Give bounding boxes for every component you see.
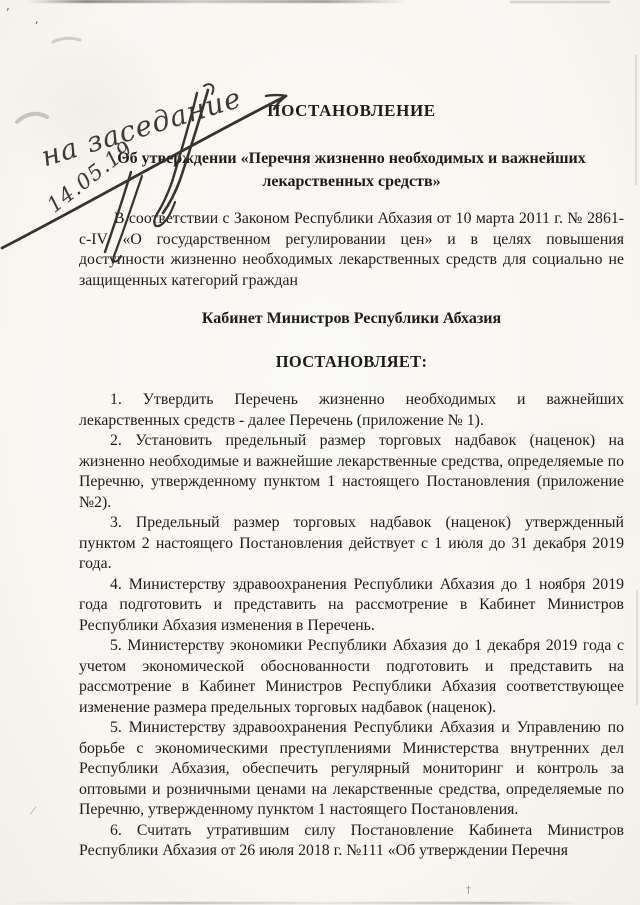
resolution-item-5a: 5. Министерству экономики Республики Абх… bbox=[79, 636, 624, 718]
preamble-paragraph: В соответствии с Законом Республики Абха… bbox=[79, 209, 624, 291]
stray-ink-mark: ’ bbox=[6, 8, 10, 18]
stray-ink-mark: , bbox=[35, 15, 39, 25]
resolution-document: ПОСТАНОВЛЕНИЕ Об утверждении «Перечня жи… bbox=[79, 101, 624, 862]
pencil-smudge bbox=[53, 38, 80, 42]
resolution-items: 1. Утвердить Перечень жизненно необходим… bbox=[79, 390, 624, 862]
scan-smudge-top bbox=[28, 0, 408, 3]
resolution-item-2: 2. Установить предельный размер торговых… bbox=[79, 431, 624, 513]
scan-smudge-top-right bbox=[510, 1, 610, 3]
pencil-smudge bbox=[17, 114, 47, 122]
scan-smudge-bottom bbox=[10, 902, 580, 904]
scan-streak-right bbox=[635, 55, 637, 185]
resolution-item-5b: 5. Министерству здравоохранения Республи… bbox=[79, 718, 624, 821]
stray-pencil-mark: / bbox=[29, 806, 36, 817]
scan-streak-right bbox=[636, 590, 638, 705]
authority-heading: Кабинет Министров Республики Абхазия bbox=[79, 308, 624, 329]
resolution-heading: ПОСТАНОВЛЯЕТ: bbox=[79, 351, 624, 372]
resolution-item-1: 1. Утвердить Перечень жизненно необходим… bbox=[79, 390, 624, 431]
resolution-item-4: 4. Министерству здравоохранения Республи… bbox=[79, 575, 624, 637]
resolution-item-3: 3. Предельный размер торговых надбавок (… bbox=[79, 513, 624, 575]
stray-ink-mark: † bbox=[466, 886, 471, 896]
resolution-item-6: 6. Считать утратившим силу Постановление… bbox=[79, 821, 624, 862]
document-subtitle: Об утверждении «Перечня жизненно необход… bbox=[112, 147, 592, 193]
scanned-document-page: ’ , † / ПОСТАНОВЛЕНИЕ Об утверждении «Пе… bbox=[0, 0, 640, 905]
